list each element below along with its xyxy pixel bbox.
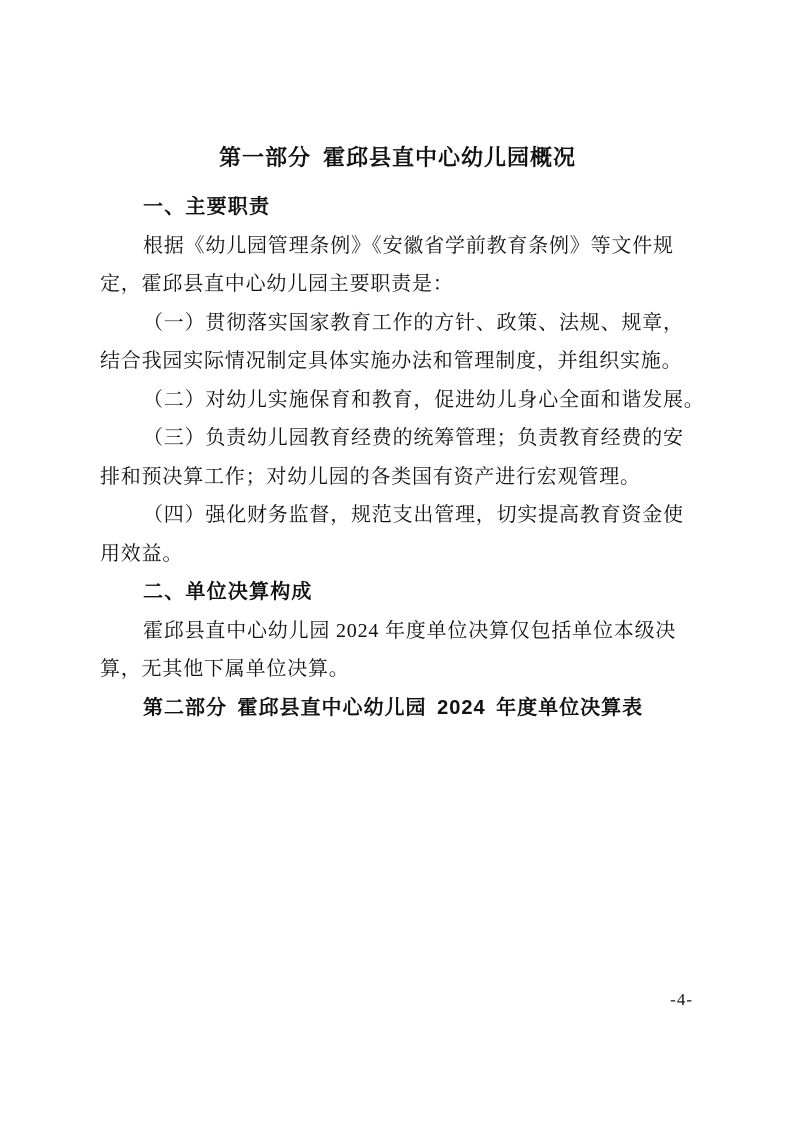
- section-heading-1: 一、主要职责: [100, 188, 695, 227]
- paragraph-intro: 根据《幼儿园管理条例》《安徽省学前教育条例》等文件规定，霍邱县直中心幼儿园主要职…: [100, 227, 695, 304]
- paragraph-composition: 霍邱县直中心幼儿园 2024 年度单位决算仅包括单位本级决算，无其他下属单位决算…: [100, 612, 695, 689]
- text-line: （一）贯彻落实国家教育工作的方针、政策、法规、规章，: [100, 304, 695, 343]
- text-line: （四）强化财务监督，规范支出管理，切实提高教育资金使: [100, 496, 695, 535]
- text-line: 结合我园实际情况制定具体实施办法和管理制度，并组织实施。: [100, 342, 695, 381]
- page-number: -4-: [670, 990, 693, 1010]
- paragraph-duty-4: （四）强化财务监督，规范支出管理，切实提高教育资金使用效益。: [100, 496, 695, 573]
- text-line: 算，无其他下属单位决算。: [100, 650, 695, 689]
- paragraph-duty-2: （二）对幼儿实施保育和教育，促进幼儿身心全面和谐发展。: [100, 381, 695, 420]
- text-line: 根据《幼儿园管理条例》《安徽省学前教育条例》等文件规: [100, 227, 695, 266]
- text-line: 用效益。: [100, 535, 695, 574]
- part2-title: 第二部分 霍邱县直中心幼儿园 2024 年度单位决算表: [100, 689, 695, 728]
- document-page: 第一部分 霍邱县直中心幼儿园概况一、主要职责根据《幼儿园管理条例》《安徽省学前教…: [0, 0, 793, 1122]
- text-line: 定，霍邱县直中心幼儿园主要职责是：: [100, 265, 695, 304]
- paragraph-duty-3: （三）负责幼儿园教育经费的统筹管理；负责教育经费的安排和预决算工作；对幼儿园的各…: [100, 419, 695, 496]
- text-line: 霍邱县直中心幼儿园 2024 年度单位决算仅包括单位本级决: [100, 612, 695, 651]
- document-content: 第一部分 霍邱县直中心幼儿园概况一、主要职责根据《幼儿园管理条例》《安徽省学前教…: [100, 136, 695, 727]
- text-line: （二）对幼儿实施保育和教育，促进幼儿身心全面和谐发展。: [100, 381, 695, 420]
- text-line: 排和预决算工作；对幼儿园的各类国有资产进行宏观管理。: [100, 458, 695, 497]
- paragraph-duty-1: （一）贯彻落实国家教育工作的方针、政策、法规、规章，结合我园实际情况制定具体实施…: [100, 304, 695, 381]
- section-heading-2: 二、单位决算构成: [100, 573, 695, 612]
- text-line: （三）负责幼儿园教育经费的统筹管理；负责教育经费的安: [100, 419, 695, 458]
- part1-title: 第一部分 霍邱县直中心幼儿园概况: [100, 136, 695, 180]
